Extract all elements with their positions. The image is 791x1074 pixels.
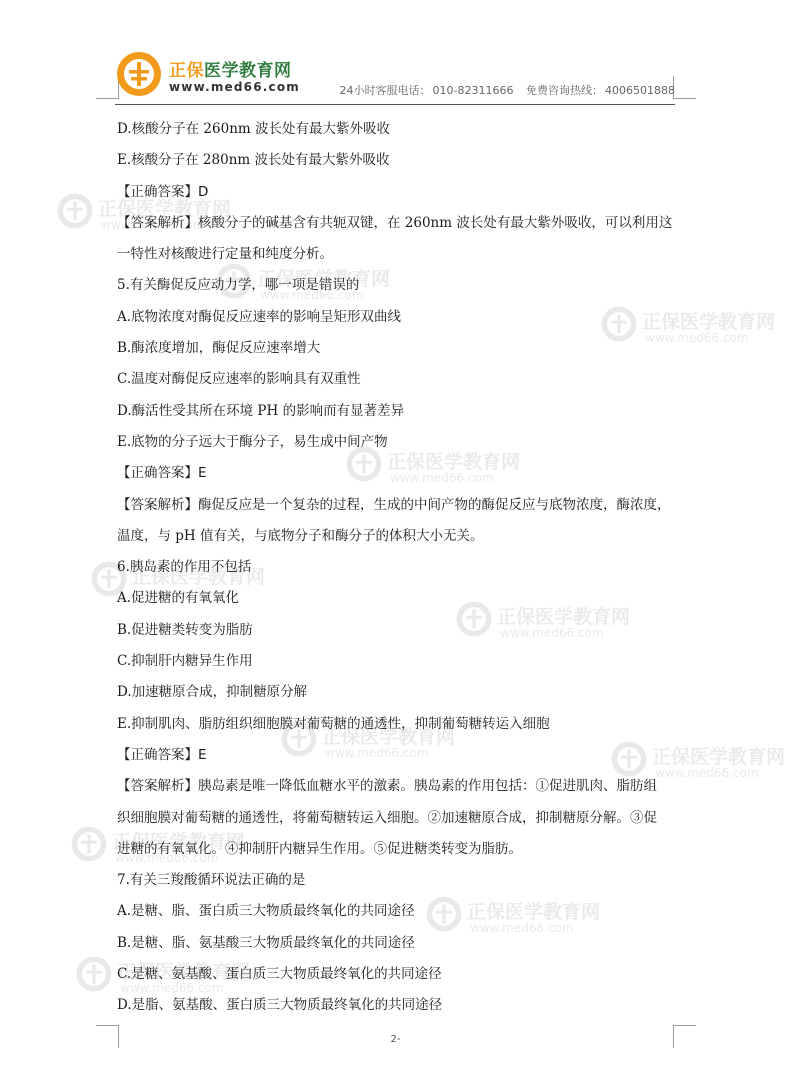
answer-explanation-cont: 织细胞膜对葡萄糖的通透性，将葡萄糖转运入细胞。②加速糖原合成，抑制糖原分解。③促 [117, 803, 677, 834]
option-line: A.促进糖的有氧氧化 [117, 583, 677, 614]
question-5: 5.有关酶促反应动力学，哪一项是错误的 [117, 270, 677, 301]
question-7: 7.有关三羧酸循环说法正确的是 [117, 865, 677, 896]
option-line: B.促进糖类转变为脂肪 [117, 615, 677, 646]
option-line: E.核酸分子在 280nm 波长处有最大紫外吸收 [117, 145, 677, 176]
page-header: 正保医学教育网 www.med66.com 24小时客服电话：010-82311… [115, 50, 675, 102]
correct-answer: 【正确答案】D [117, 177, 677, 208]
option-line: C.是糖、氨基酸、蛋白质三大物质最终氧化的共同途径 [117, 959, 677, 990]
hotline-24h-number: 010-82311666 [433, 84, 514, 97]
hotline-free-number: 4006501888 [605, 84, 675, 97]
page-number: 2- [0, 1034, 791, 1045]
option-line: C.温度对酶促反应速率的影响具有双重性 [117, 364, 677, 395]
correct-answer: 【正确答案】E [117, 458, 677, 489]
brand-name: 正保医学教育网 [169, 56, 292, 81]
option-line: E.底物的分子远大于酶分子，易生成中间产物 [117, 427, 677, 458]
brand-name-part1: 正保 [169, 61, 204, 81]
watermark-logo-icon [75, 955, 113, 993]
watermark-logo-icon [70, 825, 108, 863]
option-line: A.是糖、脂、蛋白质三大物质最终氧化的共同途径 [117, 896, 677, 927]
hotline-24h-label: 24小时客服电话： [340, 84, 431, 97]
answer-explanation-cont: 一特性对核酸进行定量和纯度分析。 [117, 239, 677, 270]
watermark: 正保医学教育网 www.med66.com [70, 825, 108, 867]
site-url: www.med66.com [169, 80, 300, 94]
watermark: 正保医学教育网 www.med66.com [75, 955, 113, 997]
hotline-info: 24小时客服电话：010-82311666 免费咨询热线：4006501888 [338, 82, 675, 98]
crop-mark-top-right [673, 76, 696, 99]
option-line: B.酶浓度增加，酶促反应速率增大 [117, 333, 677, 364]
option-line: D.核酸分子在 260nm 波长处有最大紫外吸收 [117, 114, 677, 145]
option-line: D.酶活性受其所在环境 PH 的影响而有显著差异 [117, 396, 677, 427]
option-line: D.是脂、氨基酸、蛋白质三大物质最终氧化的共同途径 [117, 990, 677, 1021]
option-line: D.加速糖原合成，抑制糖原分解 [117, 677, 677, 708]
header-divider [115, 104, 675, 105]
answer-explanation-cont: 进糖的有氧氧化。④抑制肝内糖异生作用。⑤促进糖类转变为脂肪。 [117, 834, 677, 865]
answer-explanation: 【答案解析】酶促反应是一个复杂的过程，生成的中间产物的酶促反应与底物浓度，酶浓度… [117, 490, 677, 521]
answer-explanation: 【答案解析】核酸分子的碱基含有共轭双键，在 260nm 波长处有最大紫外吸收，可… [117, 208, 677, 239]
option-line: E.抑制肌肉、脂肪组织细胞膜对葡萄糖的通透性，抑制葡萄糖转运入细胞 [117, 709, 677, 740]
brand-logo-icon [115, 50, 163, 98]
answer-explanation: 【答案解析】胰岛素是唯一降低血糖水平的激素。胰岛素的作用包括：①促进肌肉、脂肪组 [117, 771, 677, 802]
hotline-free-label: 免费咨询热线： [526, 84, 603, 97]
correct-answer: 【正确答案】E [117, 740, 677, 771]
option-line: C.抑制肝内糖异生作用 [117, 646, 677, 677]
option-line: A.底物浓度对酶促反应速率的影响呈矩形双曲线 [117, 302, 677, 333]
question-6: 6.胰岛素的作用不包括 [117, 552, 677, 583]
brand-name-part2: 医学教育网 [204, 61, 292, 81]
watermark: 正保医学教育网 www.med66.com [56, 192, 94, 234]
option-line: B.是糖、脂、氨基酸三大物质最终氧化的共同途径 [117, 928, 677, 959]
answer-explanation-cont: 温度，与 pH 值有关，与底物分子和酶分子的体积大小无关。 [117, 521, 677, 552]
watermark-logo-icon [56, 192, 94, 230]
document-body: D.核酸分子在 260nm 波长处有最大紫外吸收 E.核酸分子在 280nm 波… [117, 114, 677, 1022]
